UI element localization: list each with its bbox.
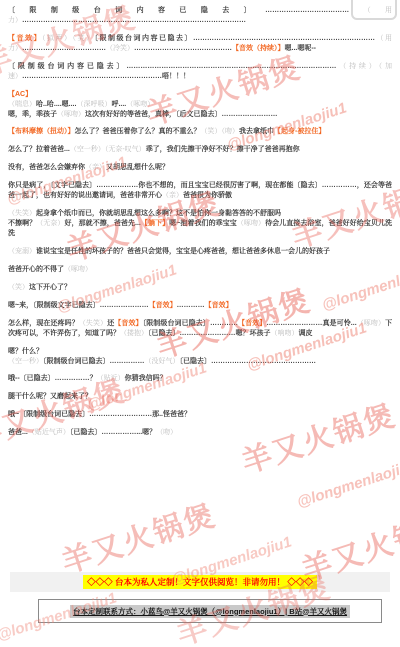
stage-direction: （失笑）	[8, 210, 36, 217]
dialogue-text: 这次有好好的等爸爸，真棒，〔后文已隐去〕……………………	[85, 111, 278, 118]
dialogue-text: 爸爸...	[8, 429, 28, 436]
stage-direction: （无奈-叹气）	[105, 146, 146, 153]
dialogue-text: 爸爸很为你骄傲	[183, 192, 232, 199]
script-paragraph: 嗯~来，〔限制级文字已隐去〕…………………【音效】…………【音效】	[8, 301, 392, 311]
dialogue-text: 哈..哈....嗯....	[36, 101, 76, 108]
stage-direction: （喘息）	[8, 101, 36, 108]
script-paragraph: 〔限制级台词内容已隐去〕………………………………（用力）…………………………………	[8, 6, 392, 26]
dialogue-text: 〔限制级台词已隐去〕……………	[43, 358, 145, 365]
stage-direction: （失笑）	[79, 320, 107, 327]
watermark-handle-text: @longmenlaojiu1	[295, 456, 400, 511]
stage-direction: （冷笑）	[106, 45, 134, 52]
script-paragraph: 嗯？什么？（空一秒）〔限制级台词已隐去〕……………（没好气）〔已隐去〕………………	[8, 347, 392, 367]
disclaimer-band: ◇◇◇ 台本为私人定制！文字仅供阅览！非请勿用！ ◇◇◇	[10, 572, 390, 592]
dialogue-text: 〔限制级台词已隐去〕…………	[143, 320, 238, 327]
stage-direction: （贴近）	[97, 375, 125, 382]
dialogue-text: 起身拿个纸巾而已，你就胡思乱想这么多啊？这不是怕你一身黏答答的不舒服吗	[36, 210, 281, 217]
script-paragraph: 【音效】（拟声）（笑）〔限制级台词内容已隐去〕………………………………………………	[8, 34, 392, 54]
stage-direction: （宠溺）	[8, 248, 36, 255]
stage-direction: （啄吻）	[357, 320, 385, 327]
dialogue-text: ……………………………………………………………………………………	[22, 17, 246, 24]
script-document-page: 〔限制级台词内容已隐去〕………………………………（用力）…………………………………	[0, 0, 400, 647]
dialogue-text: 怎么了？拉着爸爸...	[8, 146, 70, 153]
stage-direction: （吻）	[222, 128, 240, 135]
contact-box: 台本定制联系方式：小蓝鸟@羊又火锅煲（@longmenlaojiu1）| B站@…	[38, 599, 382, 623]
script-paragraph: 【AC】（喘息）哈..哈....嗯....（深呼吸）呼....（啄吻）嗯，乖，乖…	[8, 90, 392, 120]
dialogue-text: 我去拿纸巾	[239, 128, 274, 135]
stage-direction: （啄吻）	[64, 266, 92, 273]
script-paragraph: （宠溺）谁说宝宝是任性的坏孩子的？爸爸只会觉得，宝宝是心疼爸爸，想让爸爸多休息一…	[8, 247, 392, 257]
dialogue-text: 爸爸开心的不得了	[8, 266, 64, 273]
dialogue-text: ……………………真是可怜...	[266, 320, 356, 327]
dialogue-text: 这下开心了？	[29, 284, 71, 291]
dialogue-text: 〔已隐去〕………………………………………	[180, 358, 317, 365]
contact-info: 台本定制联系方式：小蓝鸟@羊又火锅煲（@longmenlaojiu1）| B站@…	[70, 605, 350, 618]
stage-direction: （笑）	[8, 284, 29, 291]
stage-direction: （啄吻）	[126, 101, 154, 108]
script-paragraph: 没有，爸爸怎么会嫌弃你（亲）又胡思乱想什么呢？	[8, 163, 392, 173]
stage-direction: （空一秒）	[8, 358, 43, 365]
script-body: 〔限制级台词内容已隐去〕………………………………（用力）…………………………………	[8, 6, 392, 446]
dialogue-text: 〔限制级台词内容已隐去〕………………………………	[8, 7, 349, 14]
sfx-tag: 【起身-被拉住】	[274, 128, 325, 135]
sfx-tag: 【AC】	[8, 91, 32, 98]
dialogue-text: 好，那就不擦，爸爸先...	[64, 220, 140, 227]
dialogue-text: 没有，爸爸怎么会嫌弃你	[8, 164, 85, 171]
dialogue-text: ……………………………………………………唔！！！	[22, 73, 190, 80]
script-paragraph: 爸爸开心的不得了（啄吻）	[8, 265, 392, 275]
dialogue-text: 不擦啊？	[8, 220, 36, 227]
stage-direction: （无奈）	[36, 220, 64, 227]
dialogue-text: 〔已隐去〕……………………嗯？坏孩子	[148, 330, 271, 337]
dialogue-text: 嗯，乖，乖孩子	[8, 111, 57, 118]
stage-direction: （亲）	[162, 192, 183, 199]
sfx-tag: 【音效】	[238, 320, 266, 327]
dialogue-text: 调皮	[299, 330, 313, 337]
sfx-tag: 【布料摩擦（扭动）】	[8, 128, 75, 135]
stage-direction: （笑）	[73, 35, 95, 42]
script-paragraph: 爸爸...（贴近气声）〔已隐去〕……………...嗯？（吻）	[8, 428, 392, 438]
stage-direction: （啄吻）	[237, 220, 265, 227]
dialogue-text: ……………………………………	[134, 45, 232, 52]
dialogue-text: 〔已隐去〕……………...嗯？	[70, 429, 156, 436]
script-paragraph: 哦--〔已隐去〕……………？（贴近）你猜我信吗？	[8, 374, 392, 384]
stage-direction: （深呼吸）	[76, 101, 111, 108]
corner-ui-fragment	[351, 0, 397, 20]
dialogue-text: 又胡思乱想什么呢？	[106, 164, 169, 171]
disclaimer-banner: ◇◇◇ 台本为私人定制！文字仅供阅览！非请勿用！ ◇◇◇	[83, 575, 317, 589]
script-paragraph: （失笑）起身拿个纸巾而已，你就胡思乱想这么多啊？这不是怕你一身黏答答的不舒服吗不…	[8, 209, 392, 239]
dialogue-text: 嗯~来，〔限制级文字已隐去〕…………………	[8, 302, 149, 309]
script-paragraph: 怎么了？拉着爸爸...（空一秒）（无奈-叹气）乖了，我们先擦干净好不好？擦干净了…	[8, 145, 392, 155]
dialogue-text: 腿干什么呢？又磨起来了？	[8, 393, 92, 400]
sfx-tag: 【音效】	[205, 302, 233, 309]
watermark-brand-text: 羊又火锅煲	[55, 491, 221, 582]
dialogue-text: 你猜我信吗？	[125, 375, 167, 382]
sfx-tag: 【躺下】	[141, 220, 169, 227]
stage-direction: （持续）	[336, 63, 378, 70]
dialogue-text: 〔限制级台词内容已隐去〕……………………………………………………………………	[95, 35, 376, 42]
script-paragraph: 你只是病了，〔文字已隐去〕………………你也不想的，而且宝宝已经很厉害了啊，现在都…	[8, 181, 392, 201]
stage-direction: （亲）	[85, 164, 106, 171]
script-paragraph: 哦~〔限制级台词已隐去〕………………………那..怪爸爸？	[8, 410, 392, 420]
sfx-tag: 【音效】	[8, 35, 42, 42]
dialogue-text: 哦~〔限制级台词已隐去〕………………………那..怪爸爸？	[8, 411, 191, 418]
stage-direction: （空一秒）	[70, 146, 105, 153]
dialogue-text: 怎么样，现在还疼吗？	[8, 320, 79, 327]
stage-direction: （笑）	[201, 128, 222, 135]
stage-direction: （吻）	[156, 429, 177, 436]
dialogue-text: 乖了，我们先擦干净好不好？擦干净了爸爸再抱你	[146, 146, 300, 153]
stage-direction: （没好气）	[145, 358, 180, 365]
stage-direction: （搂抱）	[120, 330, 148, 337]
sfx-tag: 【音效】	[149, 302, 177, 309]
dialogue-text: 哦--〔已隐去〕……………？	[8, 375, 97, 382]
script-paragraph: 【布料摩擦（扭动）】怎么了？爸爸压着你了么？真的不重么？（笑）（吻）我去拿纸巾【…	[8, 127, 392, 137]
dialogue-text: 嗯...嗯呢--	[285, 45, 317, 52]
script-paragraph: 〔限制级台词内容已隐去〕……………………………………………………………………………	[8, 62, 392, 82]
dialogue-text: 呼....	[111, 101, 126, 108]
dialogue-text: 嗯？什么？	[8, 348, 43, 355]
dialogue-text: 怎么了？爸爸压着你了么？真的不重么？	[75, 128, 201, 135]
stage-direction: （贴近气声）	[28, 429, 70, 436]
stage-direction: （响吻）	[271, 330, 299, 337]
dialogue-text: …………	[177, 302, 205, 309]
dialogue-text: 〔限制级台词内容已隐去〕……………………………………………………………………………	[8, 63, 336, 70]
sfx-tag: 【音效（持续）】	[232, 45, 285, 52]
stage-direction: （拟声）	[42, 35, 73, 42]
script-paragraph: （笑）这下开心了？	[8, 283, 392, 293]
script-paragraph: 腿干什么呢？又磨起来了？	[8, 392, 392, 402]
dialogue-text: ………………………………	[22, 45, 106, 52]
stage-direction: （啄吻）	[57, 111, 85, 118]
script-paragraph: 怎么样，现在还疼吗？（失笑）还【音效】〔限制级台词已隐去〕…………【音效】…………	[8, 319, 392, 339]
sfx-tag: 【音效】	[114, 320, 142, 327]
dialogue-text: 谁说宝宝是任性的坏孩子的？爸爸只会觉得，宝宝是心疼爸爸，想让爸爸多休息一会儿的好…	[36, 248, 330, 255]
dialogue-text: 嗯~抱着我们的乖宝宝	[169, 220, 237, 227]
